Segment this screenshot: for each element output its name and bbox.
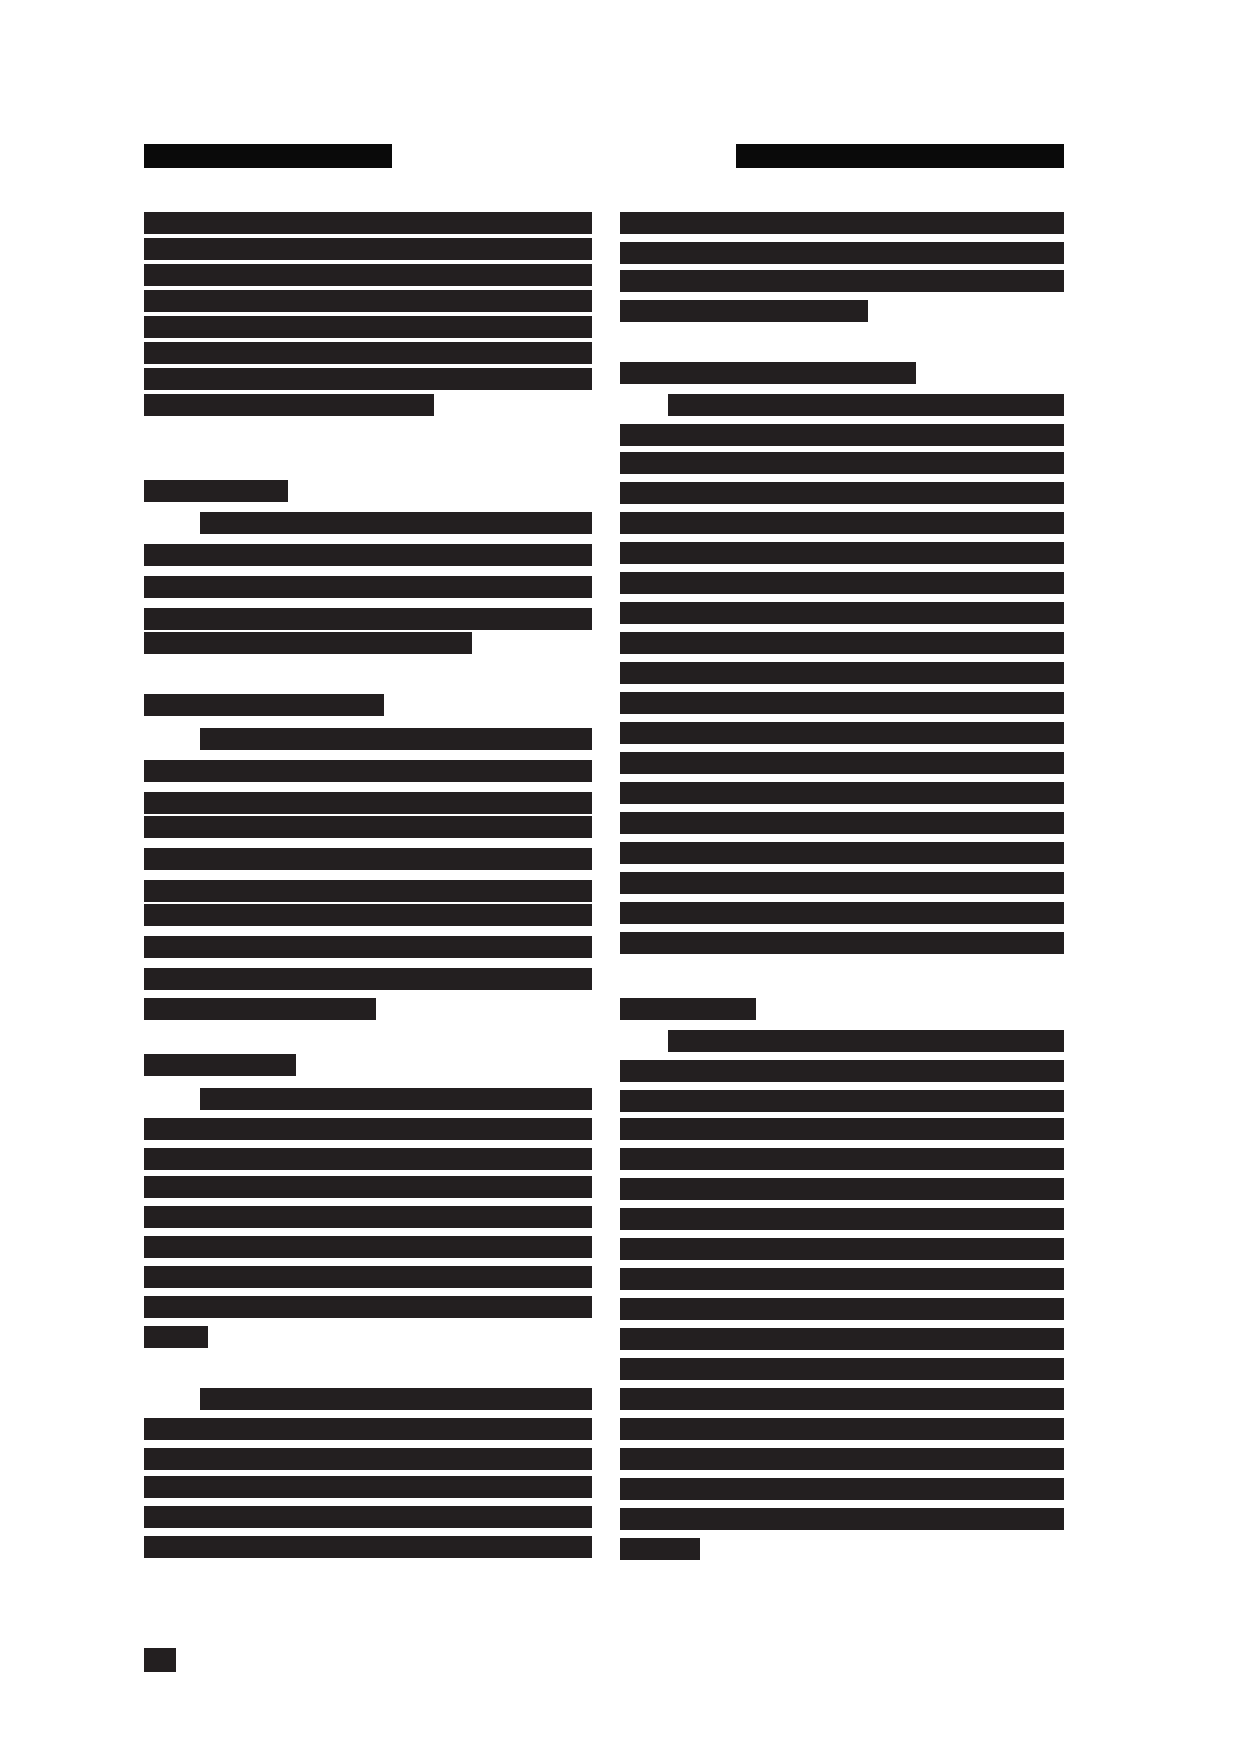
running-head-left	[144, 144, 392, 168]
section-heading	[144, 1054, 296, 1076]
section-heading	[620, 362, 916, 384]
page-number	[144, 1648, 176, 1672]
running-head-right	[736, 144, 1064, 168]
section-heading	[144, 480, 288, 502]
document-page	[0, 0, 1240, 1754]
section-heading	[144, 694, 384, 716]
